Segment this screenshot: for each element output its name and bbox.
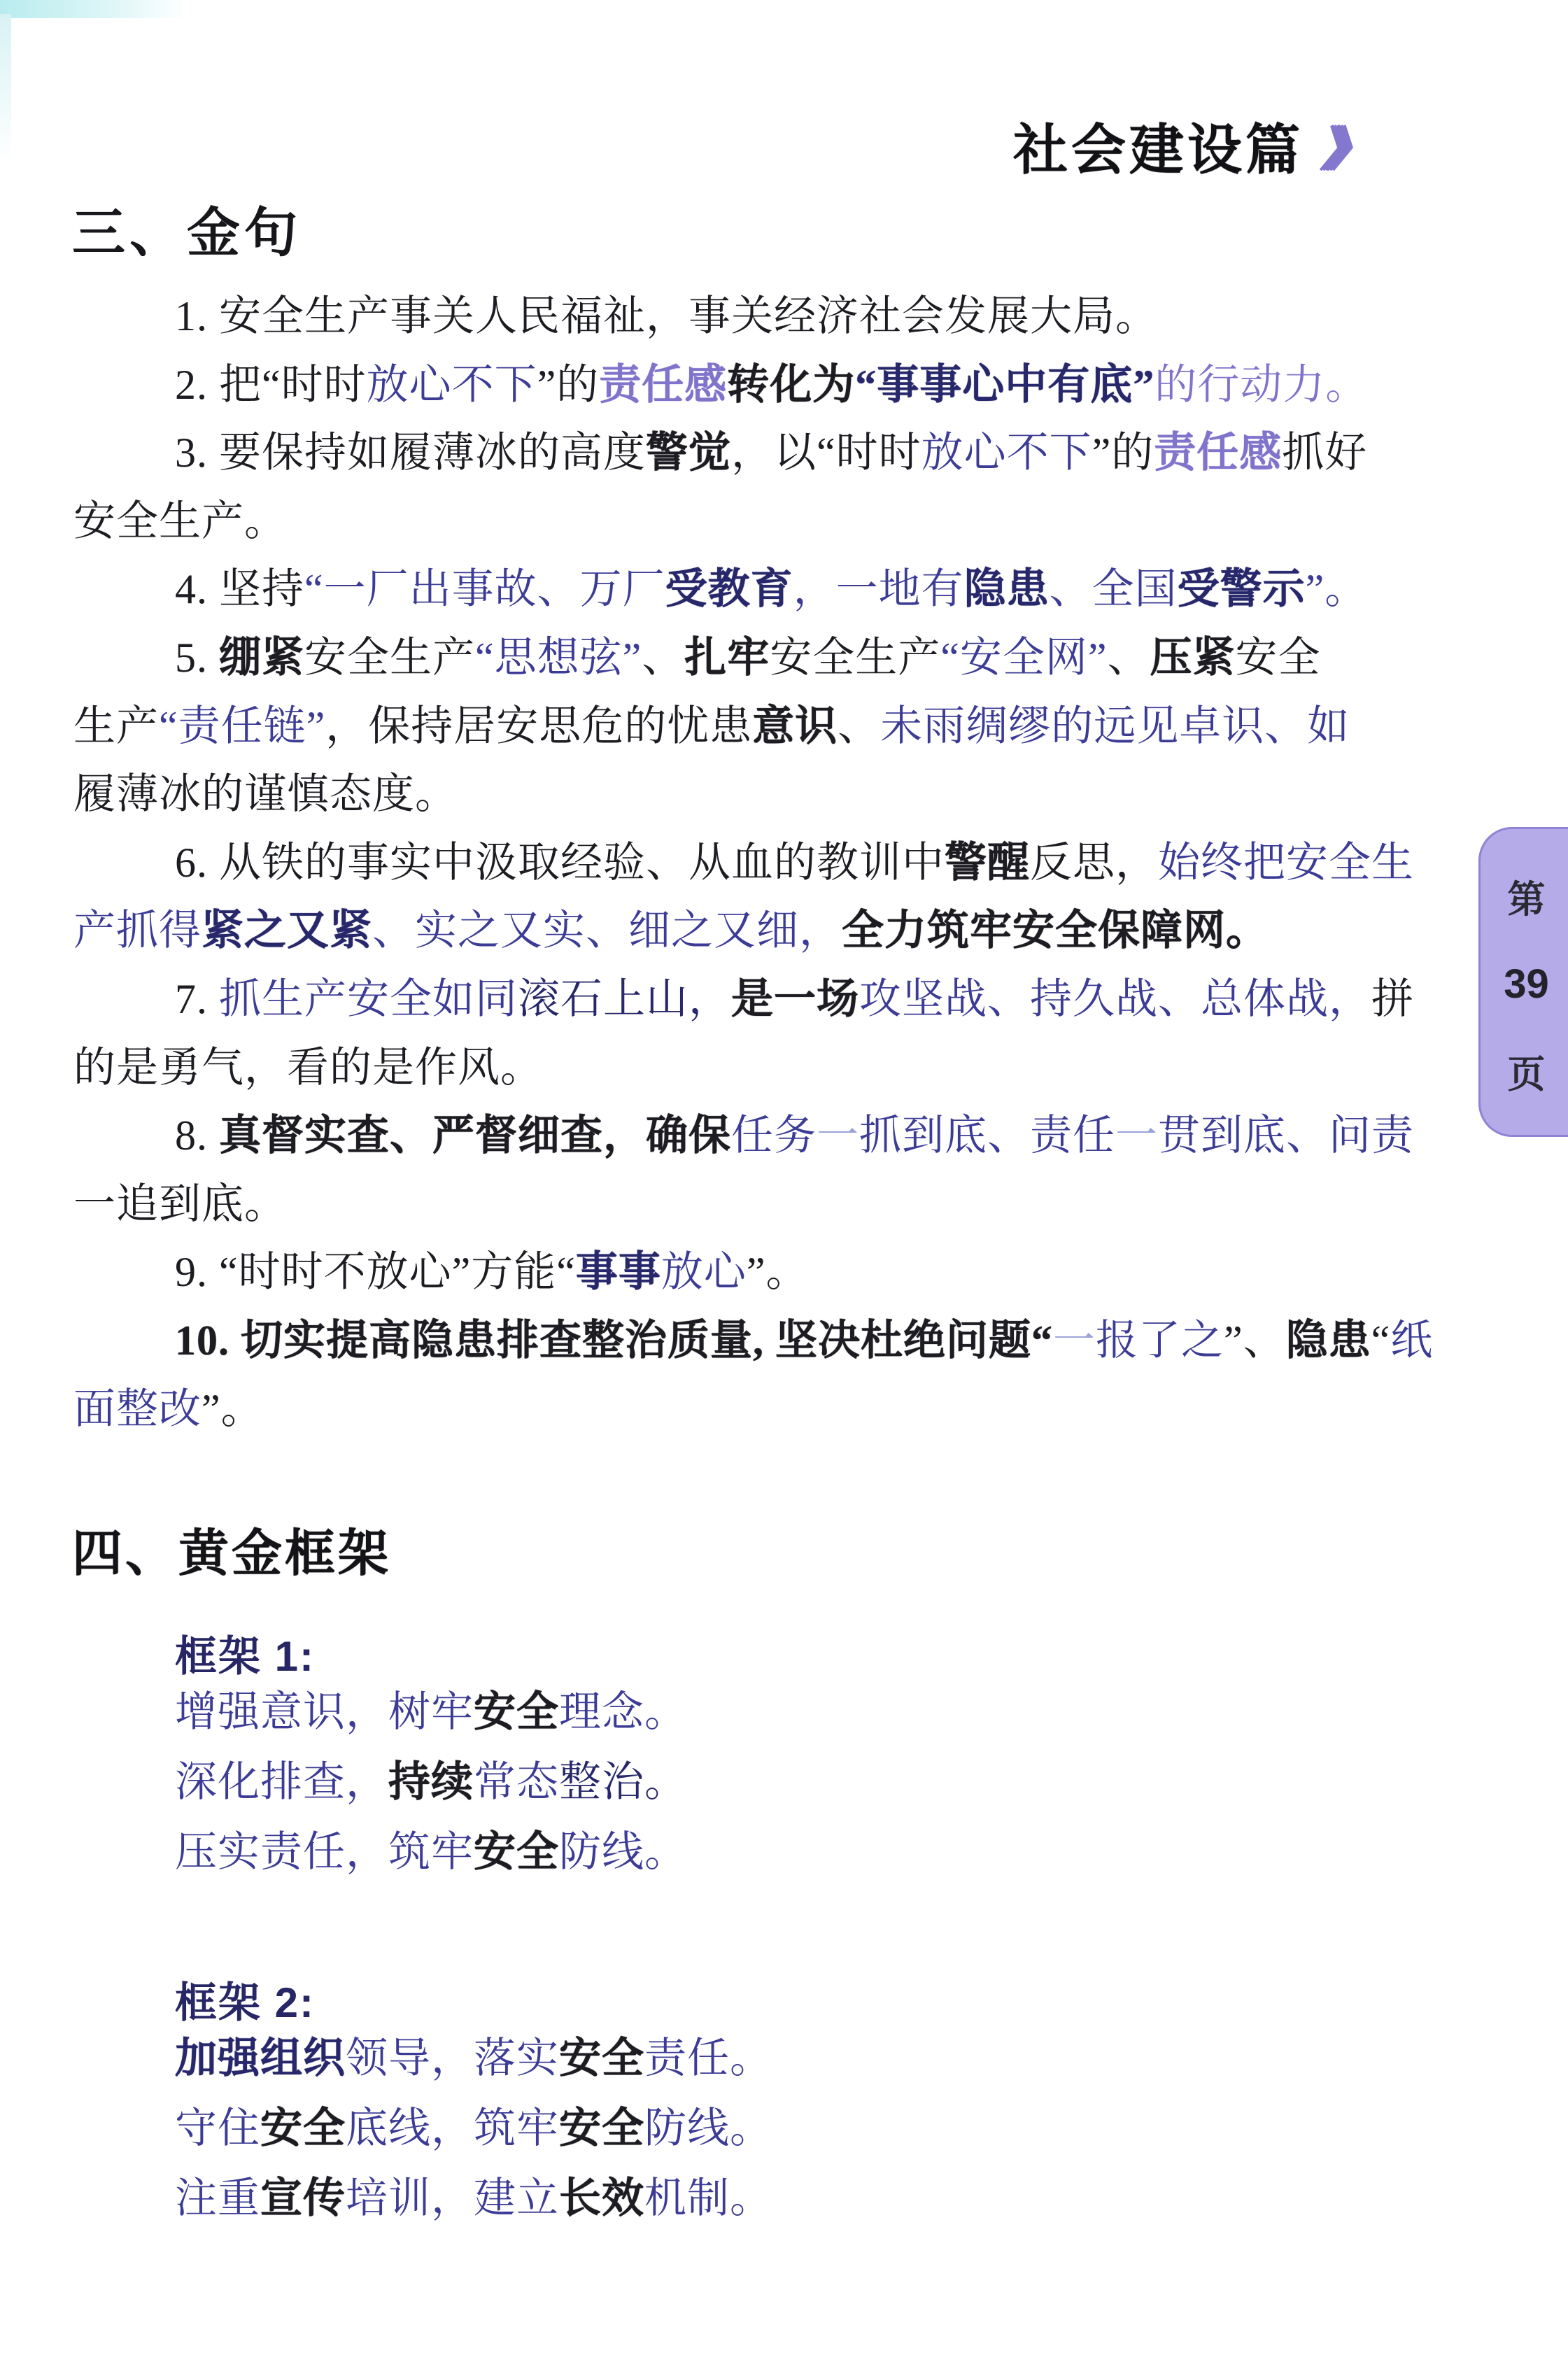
text-segment: 抓好: [1282, 430, 1367, 476]
text-segment: 意识: [752, 703, 838, 749]
text-line: 8. 真督实查、严督细查，确保任务一抓到底、责任一贯到底、问责: [175, 1112, 1414, 1159]
text-segment: 树牢: [388, 1689, 474, 1735]
chapter-title: 社会建设篇: [1013, 106, 1304, 185]
text-segment: 、: [1108, 635, 1150, 681]
text-segment: 扎牢: [684, 635, 770, 681]
text-segment: 防线。: [644, 2105, 772, 2151]
text-line: 守住安全底线，筑牢安全防线。: [175, 2105, 772, 2152]
text-line: 7. 抓生产安全如同滚石上山，是一场攻坚战、持久战、总体战，拼: [175, 976, 1414, 1023]
text-segment: 宣传: [260, 2175, 346, 2221]
text-line: 生产“责任链”，保持居安思危的忧患意识、未雨绸缪的远见卓识、如: [73, 703, 1350, 750]
text-segment: 贯到底、问责: [1158, 1112, 1414, 1159]
text-segment: 警觉: [646, 430, 731, 476]
text-segment: ”、: [1224, 1317, 1286, 1364]
text-line: 压实责任，筑牢安全防线。: [175, 1829, 687, 1876]
text-line: 加强组织领导，落实安全责任。: [175, 2035, 772, 2082]
text-segment: 真督实查、严督细查，确保: [219, 1112, 731, 1159]
text-segment: 一: [817, 1112, 859, 1159]
text-line: 5. 绷紧安全生产“思想弦”、扎牢安全生产“安全网”、压紧安全: [175, 635, 1321, 681]
text-line: 履薄冰的谨慎态度。: [73, 771, 458, 818]
text-segment: ”。: [202, 1386, 264, 1432]
text-line: 面整改”。: [73, 1386, 264, 1433]
text-segment: 增强意识，: [175, 1689, 388, 1735]
text-segment: 防线。: [559, 1829, 687, 1875]
frame-label: 框架 1:: [175, 1623, 315, 1683]
frame-label: 框架 2:: [175, 1969, 315, 2030]
text-segment: 整治。: [559, 1759, 687, 1805]
text-segment: 压紧: [1150, 635, 1236, 681]
text-segment: 隐患: [1286, 1317, 1371, 1364]
text-segment: 一: [1115, 1112, 1158, 1159]
text-segment: 履薄冰的谨慎态度。: [73, 771, 458, 817]
text-segment: 的行动力。: [1154, 362, 1368, 408]
text-segment: 一追到底。: [73, 1181, 287, 1227]
page-tab-suffix: 页: [1508, 1045, 1546, 1098]
text-segment: 面整改: [73, 1386, 202, 1432]
page-header: 社会建设篇 》》》: [1013, 106, 1380, 185]
document-page: 社会建设篇 》》》 三、金句 1. 安全生产事关人民福祉，事关经济社会发展大局。…: [0, 0, 1568, 2362]
text-segment: 培训，: [346, 2175, 474, 2221]
scan-artifact-left: [0, 14, 11, 164]
text-segment: 安全: [559, 2035, 644, 2081]
text-segment: ，一地有: [793, 566, 964, 612]
text-segment: 理念。: [559, 1689, 687, 1735]
text-segment: 责任感: [599, 362, 727, 408]
text-segment: 安全生产: [304, 635, 475, 681]
text-segment: 绷紧: [219, 635, 304, 681]
text-segment: “一厂出事故、万厂: [304, 566, 665, 612]
text-segment: 全力筑牢安全保障网。: [842, 907, 1269, 954]
text-segment: 1. 安全生产事关人民福祉，事关经济社会发展大局。: [175, 293, 1158, 339]
text-segment: 未雨绸缪的远见卓识、如: [880, 703, 1350, 749]
text-segment: 长效: [559, 2175, 644, 2221]
text-segment: 一: [1053, 1317, 1096, 1364]
text-segment: 深化排查，: [175, 1759, 388, 1805]
page-number-tab: 第 39 页: [1478, 827, 1568, 1137]
text-segment: 始终把安全生: [1158, 840, 1414, 886]
text-segment: 责任。: [644, 2035, 772, 2081]
text-line: 的是勇气，看的是作风。: [73, 1045, 543, 1091]
text-segment: 注重: [175, 2175, 260, 2221]
text-segment: 报了之: [1096, 1317, 1224, 1364]
text-segment: 事事: [576, 1249, 661, 1295]
text-segment: 滚石上山，: [518, 976, 731, 1022]
text-segment: “责任链”: [159, 703, 325, 749]
text-segment: “安全网”: [940, 635, 1107, 681]
text-segment: ”的: [537, 362, 600, 408]
text-segment: 安全: [260, 2105, 346, 2151]
text-line: 安全生产。: [73, 498, 287, 545]
text-line: 2. 把“时时放心不下”的责任感转化为“事事心中有底”的行动力。: [175, 362, 1368, 409]
text-segment: 隐患: [964, 566, 1050, 612]
text-segment: ，以“时时: [731, 430, 921, 476]
text-segment: 转化为: [727, 362, 855, 408]
text-segment: 底线，: [346, 2105, 474, 2151]
text-line: 一追到底。: [73, 1181, 287, 1228]
text-segment: 紧之又紧: [202, 907, 372, 954]
text-segment: 守住: [175, 2105, 260, 2151]
text-segment: 9. “时时不放心”方能“: [175, 1249, 576, 1295]
section-golden-title: 三、金句: [72, 190, 302, 267]
text-line: 产抓得紧之又紧、实之又实、细之又细，全力筑牢安全保障网。: [73, 907, 1269, 954]
text-line: 6. 从铁的事实中汲取经验、从血的教训中警醒反思，始终把安全生: [175, 840, 1414, 886]
text-segment: 2. 把“时时: [175, 362, 367, 408]
text-segment: 安全生产。: [73, 498, 287, 544]
text-line: 增强意识，树牢安全理念。: [175, 1689, 687, 1736]
text-segment: 、: [642, 635, 684, 681]
text-segment: 机制。: [644, 2175, 772, 2221]
text-segment: 压实责任，: [175, 1829, 388, 1875]
text-segment: 3. 要保持如履薄冰的高度: [175, 430, 646, 476]
text-line: 3. 要保持如履薄冰的高度警觉，以“时时放心不下”的责任感抓好: [175, 430, 1367, 476]
text-segment: 、实之又实、细之又细，: [372, 907, 842, 954]
text-segment: 抓到底、责任: [859, 1112, 1115, 1159]
text-segment: 建立: [474, 2175, 559, 2221]
text-segment: 放心不下: [921, 430, 1092, 476]
text-segment: 5.: [175, 635, 219, 681]
text-segment: 安全生产: [770, 635, 940, 681]
text-segment: ”。: [1306, 566, 1368, 612]
text-segment: 常态: [474, 1759, 559, 1805]
text-segment: 责任感: [1154, 430, 1282, 476]
text-segment: 放心: [661, 1249, 747, 1295]
text-segment: 任务: [731, 1112, 817, 1159]
text-segment: 、全国: [1050, 566, 1178, 612]
text-line: 注重宣传培训，建立长效机制。: [175, 2175, 772, 2222]
text-segment: 6. 从铁的事实中汲取经验、从血的教训中: [175, 840, 945, 886]
text-segment: “: [1371, 1317, 1391, 1364]
text-segment: 抓生产安全如同: [219, 976, 518, 1022]
text-segment: ”的: [1092, 430, 1154, 476]
text-line: 深化排查，持续常态整治。: [175, 1759, 687, 1806]
text-segment: 受警示: [1178, 566, 1306, 612]
text-segment: 8.: [175, 1112, 219, 1159]
section-frames-title: 四、黄金框架: [72, 1513, 391, 1585]
text-segment: 、: [838, 703, 880, 749]
text-segment: 拼: [1371, 976, 1414, 1022]
text-segment: 是一场: [731, 976, 859, 1022]
text-segment: ”。: [747, 1249, 809, 1295]
text-segment: 反思，: [1030, 840, 1158, 886]
text-line: 4. 坚持“一厂出事故、万厂受教育，一地有隐患、全国受警示”。: [175, 566, 1367, 613]
text-segment: 4. 坚持: [175, 566, 304, 612]
text-segment: “思想弦”: [475, 635, 642, 681]
text-segment: 加强组织: [175, 2035, 346, 2081]
text-segment: 7.: [175, 976, 219, 1022]
chevrons-icon: 》》》: [1316, 112, 1389, 180]
text-segment: 领导，: [346, 2035, 474, 2081]
text-segment: 纸: [1390, 1317, 1433, 1364]
text-line: 10. 切实提高隐患排查整治质量, 坚决杜绝问题“一报了之”、隐患“纸: [175, 1317, 1433, 1364]
text-segment: 受教育: [665, 566, 793, 612]
text-segment: ，保持居安思危的忧患: [325, 703, 752, 749]
text-segment: 警醒: [945, 840, 1030, 886]
text-segment: 安全: [474, 1829, 559, 1875]
text-segment: 的是勇气，看的是作风。: [73, 1045, 543, 1091]
text-segment: 持续: [388, 1759, 474, 1805]
text-line: 9. “时时不放心”方能“事事放心”。: [175, 1249, 809, 1296]
text-segment: 安全: [559, 2105, 644, 2151]
page-tab-number: 39: [1504, 961, 1549, 1007]
text-segment: 10. 切实提高隐患排查整治质量, 坚决杜绝问题“: [175, 1317, 1053, 1364]
text-segment: 筑牢: [474, 2105, 559, 2151]
text-segment: 生产: [73, 703, 159, 749]
text-segment: 安全: [1236, 635, 1321, 681]
text-segment: 筑牢: [388, 1829, 474, 1875]
text-segment: 攻坚战、持久战、总体战，: [859, 976, 1371, 1022]
text-segment: 安全: [474, 1689, 559, 1735]
text-segment: 产抓得: [73, 907, 202, 954]
text-segment: 落实: [474, 2035, 559, 2081]
page-tab-prefix: 第: [1508, 870, 1546, 924]
scan-artifact-top: [0, 0, 196, 18]
text-line: 1. 安全生产事关人民福祉，事关经济社会发展大局。: [175, 293, 1158, 340]
text-segment: “事事心中有底”: [855, 362, 1154, 408]
text-segment: 放心不下: [367, 362, 537, 408]
